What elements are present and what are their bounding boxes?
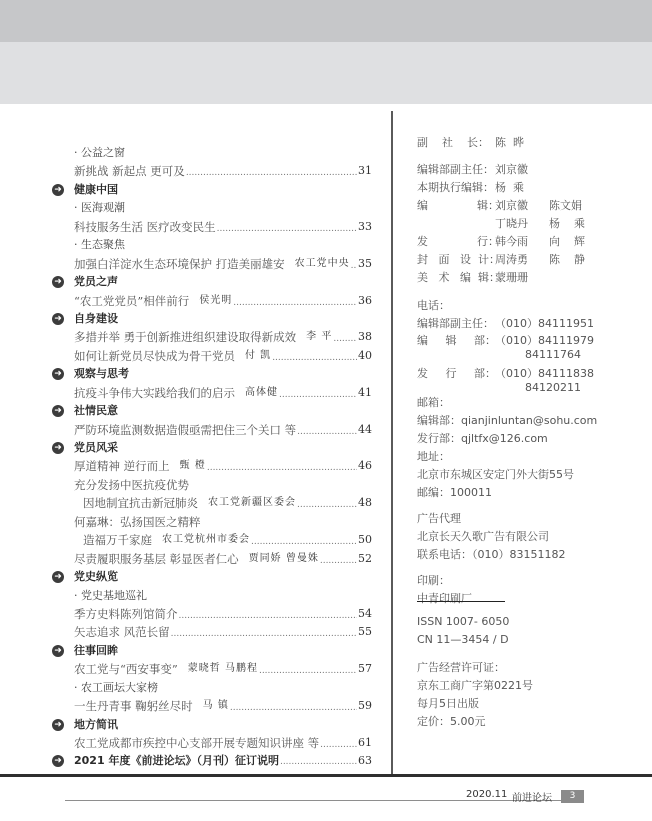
phone-line: 发 行 部：（010）84111838 (417, 365, 496, 381)
toc-article[interactable]: 充分发扬中医抗疫优势 (52, 476, 372, 494)
staff-line: 美 术 编 辑：蒙珊珊 (417, 269, 500, 285)
toc-article[interactable]: 抗疫斗争伟大实践给我们的启示高体健41 (52, 384, 372, 402)
toc-article[interactable]: 尽责履职服务基层 彰显医者仁心贾同娇 曾曼姝52 (52, 550, 372, 568)
staff-names: 杨 乘 (495, 179, 524, 195)
section-label: 2021 年度《前进论坛》（月刊）征订说明63 (74, 752, 372, 771)
page-ref: 41 (358, 384, 372, 404)
staff-line: 发 行：韩今雨 向 辉 (417, 233, 499, 249)
printer: 中青印刷厂 (417, 590, 472, 606)
arrow-circle-right-icon: ➜ (52, 755, 64, 767)
leader-dots (217, 218, 357, 238)
page-ref: 48 (358, 494, 372, 514)
toc-section[interactable]: ➜社情民意 (52, 402, 372, 420)
article-title: 尽责履职服务基层 彰显医者仁心 (74, 550, 239, 570)
toc-article[interactable]: 一生丹青事 鞠躬丝尽时马 镇59 (52, 697, 372, 715)
article-title: 科技服务生活 医疗改变民生 (74, 218, 216, 238)
article-title: 农工党与“西安事变” (74, 660, 178, 680)
article-author: 贾同娇 曾曼姝 (249, 550, 319, 570)
toc-section[interactable]: ➜观察与思考 (52, 365, 372, 383)
toc-subsection: · 生态聚焦 (52, 236, 372, 254)
phone-role: 编辑部副主任： (417, 315, 494, 331)
toc-article[interactable]: 科技服务生活 医疗改变民生33 (52, 218, 372, 236)
page-ref: 31 (358, 162, 372, 182)
staff-role: 本期执行编辑： (417, 179, 494, 195)
arrow-circle-right-icon: ➜ (52, 719, 64, 731)
arrow-circle-right-icon: ➜ (52, 276, 64, 288)
phone-line: 编辑部副主任：（010）84111951 (417, 315, 494, 331)
page-ref: 55 (358, 623, 372, 643)
staff-role: 编辑部副主任： (417, 161, 494, 177)
subsection-label: · 医海观潮 (74, 199, 125, 217)
leader-dots (207, 457, 357, 477)
section-title: 2021 年度《前进论坛》（月刊）征订说明 (74, 752, 279, 771)
toc-article[interactable]: 严防环境监测数据造假亟需把住三个关口 等44 (52, 421, 372, 439)
article-title: “农工党党员”相伴前行 (74, 292, 189, 312)
license-label: 广告经营许可证： (417, 659, 505, 675)
article-title: 农工党成都市疾控中心支部开展专题知识讲座 等 (74, 734, 319, 754)
leader-dots (297, 421, 357, 441)
staff-line: 封 面 设 计：周涛勇 陈 静 (417, 251, 500, 267)
section-label: 党史纵览 (74, 568, 118, 586)
phone-number: 84111764 (525, 348, 581, 361)
article-author: 付 凯 (245, 347, 271, 367)
toc-article[interactable]: 如何让新党员尽快成为骨干党员付 凯40 (52, 347, 372, 365)
toc-article[interactable]: 何嘉琳：弘扬国医之精粹 (52, 513, 372, 531)
section-label: 自身建设 (74, 310, 118, 328)
article-author: 高体健 (245, 384, 278, 404)
toc-section[interactable]: ➜地方简讯 (52, 716, 372, 734)
header-band-light (0, 42, 652, 104)
leader-dots (259, 660, 357, 680)
printer-label: 印刷： (417, 572, 450, 588)
leader-dots (351, 255, 357, 275)
footer-magazine-name: 前进论坛 (512, 789, 552, 804)
toc-article[interactable]: 厚道精神 逆行而上甄 橙46 (52, 457, 372, 475)
toc-subsection: · 党史基地巡礼 (52, 587, 372, 605)
page-ref: 33 (358, 218, 372, 238)
toc-subsection: · 医海观潮 (52, 199, 372, 217)
staff-line: 编辑部副主任：刘京徽 (417, 161, 494, 177)
ad-agent-label: 广告代理 (417, 510, 461, 526)
article-title: 何嘉琳：弘扬国医之精粹 (74, 513, 201, 531)
phone-number: 84120211 (525, 381, 581, 394)
staff-names: 周涛勇 陈 静 (495, 251, 585, 267)
article-author: 蒙晓哲 马鹏程 (188, 660, 258, 680)
article-title: 矢志追求 风范长留 (74, 623, 170, 643)
toc-article[interactable]: “农工党党员”相伴前行侯光明36 (52, 292, 372, 310)
article-title: 加强白洋淀水生态环境保护 打造美丽雄安 (74, 255, 285, 275)
phone-number: （010）84111838 (495, 365, 594, 381)
section-label: 观察与思考 (74, 365, 129, 383)
page-ref: 61 (358, 734, 372, 754)
staff-line: 本期执行编辑：杨 乘 (417, 179, 494, 195)
publish-schedule: 每月5日出版 (417, 695, 479, 711)
subsection-label: · 公益之窗 (74, 144, 125, 162)
arrow-circle-right-icon: ➜ (52, 645, 64, 657)
section-label: 社情民意 (74, 402, 118, 420)
arrow-circle-right-icon: ➜ (52, 313, 64, 325)
phone-role: 发 行 部： (417, 365, 496, 381)
page-number: 3 (561, 790, 584, 803)
page-ref: 40 (358, 347, 372, 367)
staff-names: 蒙珊珊 (495, 269, 528, 285)
toc-article[interactable]: 新挑战 新起点 更可及31 (52, 162, 372, 180)
staff-names: 丁晓丹 杨 乘 (495, 215, 585, 231)
leader-dots (320, 734, 357, 754)
cn-number: CN 11—3454 / D (417, 633, 509, 646)
section-label: 健康中国 (74, 181, 118, 199)
article-title: 多措并举 勇于创新推进组织建设取得新成效 (74, 328, 296, 348)
subsection-label: · 农工画坛大家榜 (74, 679, 158, 697)
section-label: 地方简讯 (74, 716, 118, 734)
footer-date: 2020.11 (466, 789, 507, 800)
staff-names: 韩今雨 向 辉 (495, 233, 585, 249)
section-label: 党员风采 (74, 439, 118, 457)
page-ref: 36 (358, 292, 372, 312)
email-label: 邮箱： (417, 394, 450, 410)
arrow-circle-right-icon: ➜ (52, 442, 64, 454)
leader-dots (279, 384, 357, 404)
article-author: 农工党中央 (295, 255, 350, 275)
leader-dots (280, 752, 357, 771)
staff-line: 副 社 长：陈 晔 (417, 134, 489, 150)
toc-section[interactable]: ➜自身建设 (52, 310, 372, 328)
staff-names: 刘京徽 陈文娟 (495, 197, 582, 213)
phone-number: （010）84111951 (495, 315, 594, 331)
arrow-circle-right-icon: ➜ (52, 571, 64, 583)
article-author: 农工党新疆区委会 (208, 494, 296, 514)
toc-subsection: · 公益之窗 (52, 144, 372, 162)
section-label: 党员之声 (74, 273, 118, 291)
page-ref: 54 (358, 605, 372, 625)
article-title: 厚道精神 逆行而上 (74, 457, 170, 477)
toc-article[interactable]: 因地制宜抗击新冠肺炎农工党新疆区委会48 (52, 494, 372, 512)
page-ref: 57 (358, 660, 372, 680)
article-title: 新挑战 新起点 更可及 (74, 162, 185, 182)
arrow-circle-right-icon: ➜ (52, 184, 64, 196)
table-of-contents: · 公益之窗新挑战 新起点 更可及31➜健康中国· 医海观潮科技服务生活 医疗改… (52, 144, 372, 771)
toc-article[interactable]: 造福万千家庭农工党杭州市委会50 (52, 531, 372, 549)
article-title: 严防环境监测数据造假亟需把住三个关口 等 (74, 421, 296, 441)
staff-role: 发 行： (417, 233, 499, 249)
leader-dots (186, 162, 357, 182)
toc-subsection: · 农工画坛大家榜 (52, 679, 372, 697)
toc-article[interactable]: 多措并举 勇于创新推进组织建设取得新成效李 平38 (52, 328, 372, 346)
license: 京东工商广字第0221号 (417, 677, 533, 693)
page-ref: 63 (358, 752, 372, 771)
staff-role: 编 辑： (417, 197, 499, 213)
page-ref: 52 (358, 550, 372, 570)
toc-article[interactable]: 矢志追求 风范长留55 (52, 623, 372, 641)
leader-dots (230, 697, 357, 717)
staff-role: 美 术 编 辑： (417, 269, 500, 285)
leader-dots (251, 531, 357, 551)
leader-dots (179, 605, 358, 625)
page-ref: 46 (358, 457, 372, 477)
address-label: 地址： (417, 448, 450, 464)
subsection-label: · 生态聚焦 (74, 236, 125, 254)
staff-role: 封 面 设 计： (417, 251, 500, 267)
article-title: 造福万千家庭 (83, 531, 152, 551)
article-author: 甄 橙 (180, 457, 206, 477)
price: 定价：5.00元 (417, 713, 486, 729)
column-divider (391, 111, 393, 776)
page-ref: 59 (358, 697, 372, 717)
masthead-divider (417, 601, 505, 602)
toc-section[interactable]: ➜2021 年度《前进论坛》（月刊）征订说明63 (52, 752, 372, 770)
arrow-circle-right-icon: ➜ (52, 368, 64, 380)
leader-dots (320, 550, 357, 570)
article-author: 李 平 (306, 328, 332, 348)
article-title: 抗疫斗争伟大实践给我们的启示 (74, 384, 235, 404)
bottom-rule (0, 774, 652, 777)
phone-number: （010）84111979 (495, 332, 594, 348)
leader-dots (272, 347, 357, 367)
staff-names: 刘京徽 (495, 161, 528, 177)
phone-role: 编 辑 部： (417, 332, 496, 348)
toc-article[interactable]: 农工党成都市疾控中心支部开展专题知识讲座 等61 (52, 734, 372, 752)
postcode: 邮编：100011 (417, 484, 492, 500)
footer-rule (65, 800, 562, 801)
article-author: 农工党杭州市委会 (162, 531, 250, 551)
staff-names: 陈 晔 (495, 134, 524, 150)
page-ref: 44 (358, 421, 372, 441)
issn: ISSN 1007- 6050 (417, 615, 509, 628)
article-title: 充分发扬中医抗疫优势 (74, 476, 189, 494)
leader-dots (233, 292, 357, 312)
section-label: 往事回眸 (74, 642, 118, 660)
ad-agent: 北京长天久歌广告有限公司 (417, 528, 549, 544)
toc-section[interactable]: ➜健康中国 (52, 181, 372, 199)
leader-dots (333, 328, 357, 348)
article-author: 马 镇 (203, 697, 229, 717)
arrow-circle-right-icon: ➜ (52, 405, 64, 417)
address: 北京市东城区安定门外大街55号 (417, 466, 574, 482)
toc-article[interactable]: 季方史料陈列馆简介54 (52, 605, 372, 623)
header-band-dark (0, 0, 652, 42)
leader-dots (171, 623, 357, 643)
page-ref: 38 (358, 328, 372, 348)
toc-section[interactable]: ➜往事回眸 (52, 642, 372, 660)
article-author: 侯光明 (199, 292, 232, 312)
toc-section[interactable]: ➜党员之声 (52, 273, 372, 291)
leader-dots (297, 494, 357, 514)
toc-article[interactable]: 加强白洋淀水生态环境保护 打造美丽雄安农工党中央35 (52, 255, 372, 273)
article-title: 季方史料陈列馆简介 (74, 605, 178, 625)
staff-line: 编 辑：刘京徽 陈文娟 (417, 197, 499, 213)
page-ref: 35 (358, 255, 372, 275)
phone-line: 编 辑 部：（010）84111979 (417, 332, 496, 348)
phone-label: 电话： (417, 297, 450, 313)
email-editorial: 编辑部：qianjinluntan@sohu.com (417, 412, 597, 428)
page-ref: 50 (358, 531, 372, 551)
toc-article[interactable]: 农工党与“西安事变”蒙晓哲 马鹏程57 (52, 660, 372, 678)
ad-phone: 联系电话：（010）83151182 (417, 546, 565, 562)
toc-section[interactable]: ➜党员风采 (52, 439, 372, 457)
email-distribution: 发行部：qjltfx@126.com (417, 430, 548, 446)
subsection-label: · 党史基地巡礼 (74, 587, 147, 605)
article-title: 一生丹青事 鞠躬丝尽时 (74, 697, 193, 717)
staff-role: 副 社 长： (417, 134, 489, 150)
toc-section[interactable]: ➜党史纵览 (52, 568, 372, 586)
article-title: 如何让新党员尽快成为骨干党员 (74, 347, 235, 367)
article-title: 因地制宜抗击新冠肺炎 (83, 494, 198, 514)
